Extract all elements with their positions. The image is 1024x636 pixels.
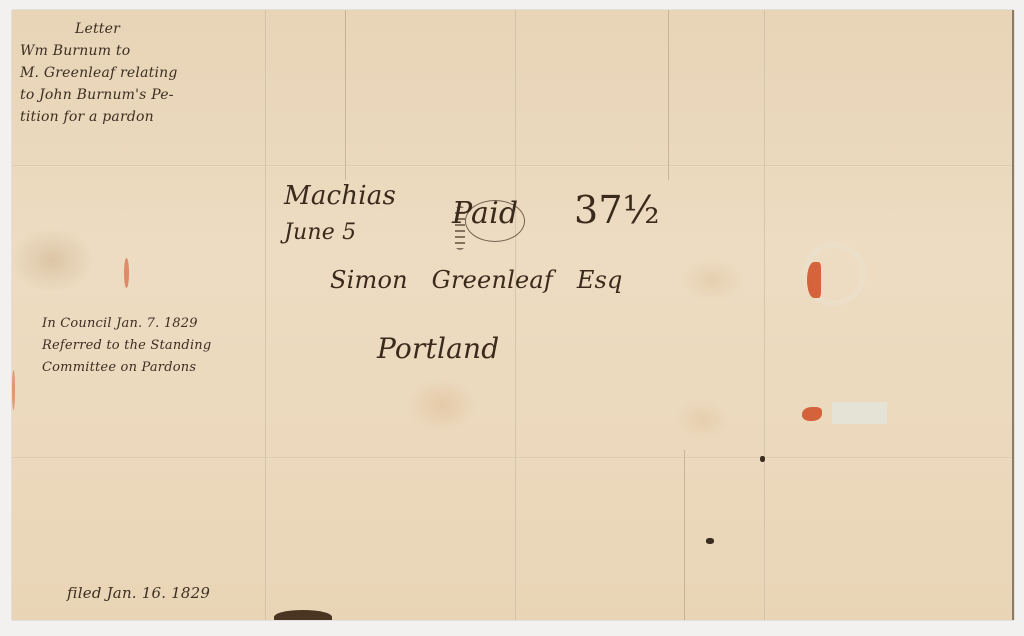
repair-tape xyxy=(832,402,887,424)
fold-line-vertical xyxy=(515,10,517,620)
wax-trace xyxy=(12,370,15,410)
ink-blot xyxy=(760,456,765,462)
ink-blot xyxy=(706,538,714,544)
docket-line: Wm Burnum to xyxy=(20,40,255,62)
filing-note: filed Jan. 16. 1829 xyxy=(67,584,210,602)
wax-seal-fragment xyxy=(807,262,821,298)
council-note-line: Committee on Pardons xyxy=(42,357,211,379)
fold-line-horizontal xyxy=(12,165,1012,167)
postmark-date: June 5 xyxy=(284,220,356,245)
fold-line-vertical xyxy=(265,10,267,620)
recipient-city: Portland xyxy=(377,332,499,365)
postage-rate: 37½ xyxy=(574,188,660,232)
fold-line-horizontal xyxy=(12,457,1012,459)
paper-crease xyxy=(668,10,669,180)
council-note: In Council Jan. 7. 1829 Referred to the … xyxy=(42,313,211,379)
wax-seal-fragment xyxy=(802,407,822,421)
paper-crease xyxy=(684,450,685,620)
wax-trace xyxy=(124,258,129,288)
council-note-line: In Council Jan. 7. 1829 xyxy=(42,313,211,335)
postmark-place: Machias xyxy=(284,182,396,210)
docket-line: to John Burnum's Pe- xyxy=(20,84,255,106)
letter-paper: Letter Wm Burnum to M. Greenleaf relatin… xyxy=(12,10,1014,620)
ink-stain xyxy=(274,610,332,620)
docket-line: M. Greenleaf relating xyxy=(20,62,255,84)
paid-stamp: Paid xyxy=(452,196,518,231)
recipient-name: Simon Greenleaf Esq xyxy=(330,266,623,294)
docket-line: Letter xyxy=(20,18,255,40)
docket-note: Letter Wm Burnum to M. Greenleaf relatin… xyxy=(20,18,255,128)
paper-crease xyxy=(345,10,346,180)
docket-line: tition for a pardon xyxy=(20,106,255,128)
scan-background: Letter Wm Burnum to M. Greenleaf relatin… xyxy=(0,0,1024,636)
council-note-line: Referred to the Standing xyxy=(42,335,211,357)
fold-line-vertical xyxy=(764,10,766,620)
